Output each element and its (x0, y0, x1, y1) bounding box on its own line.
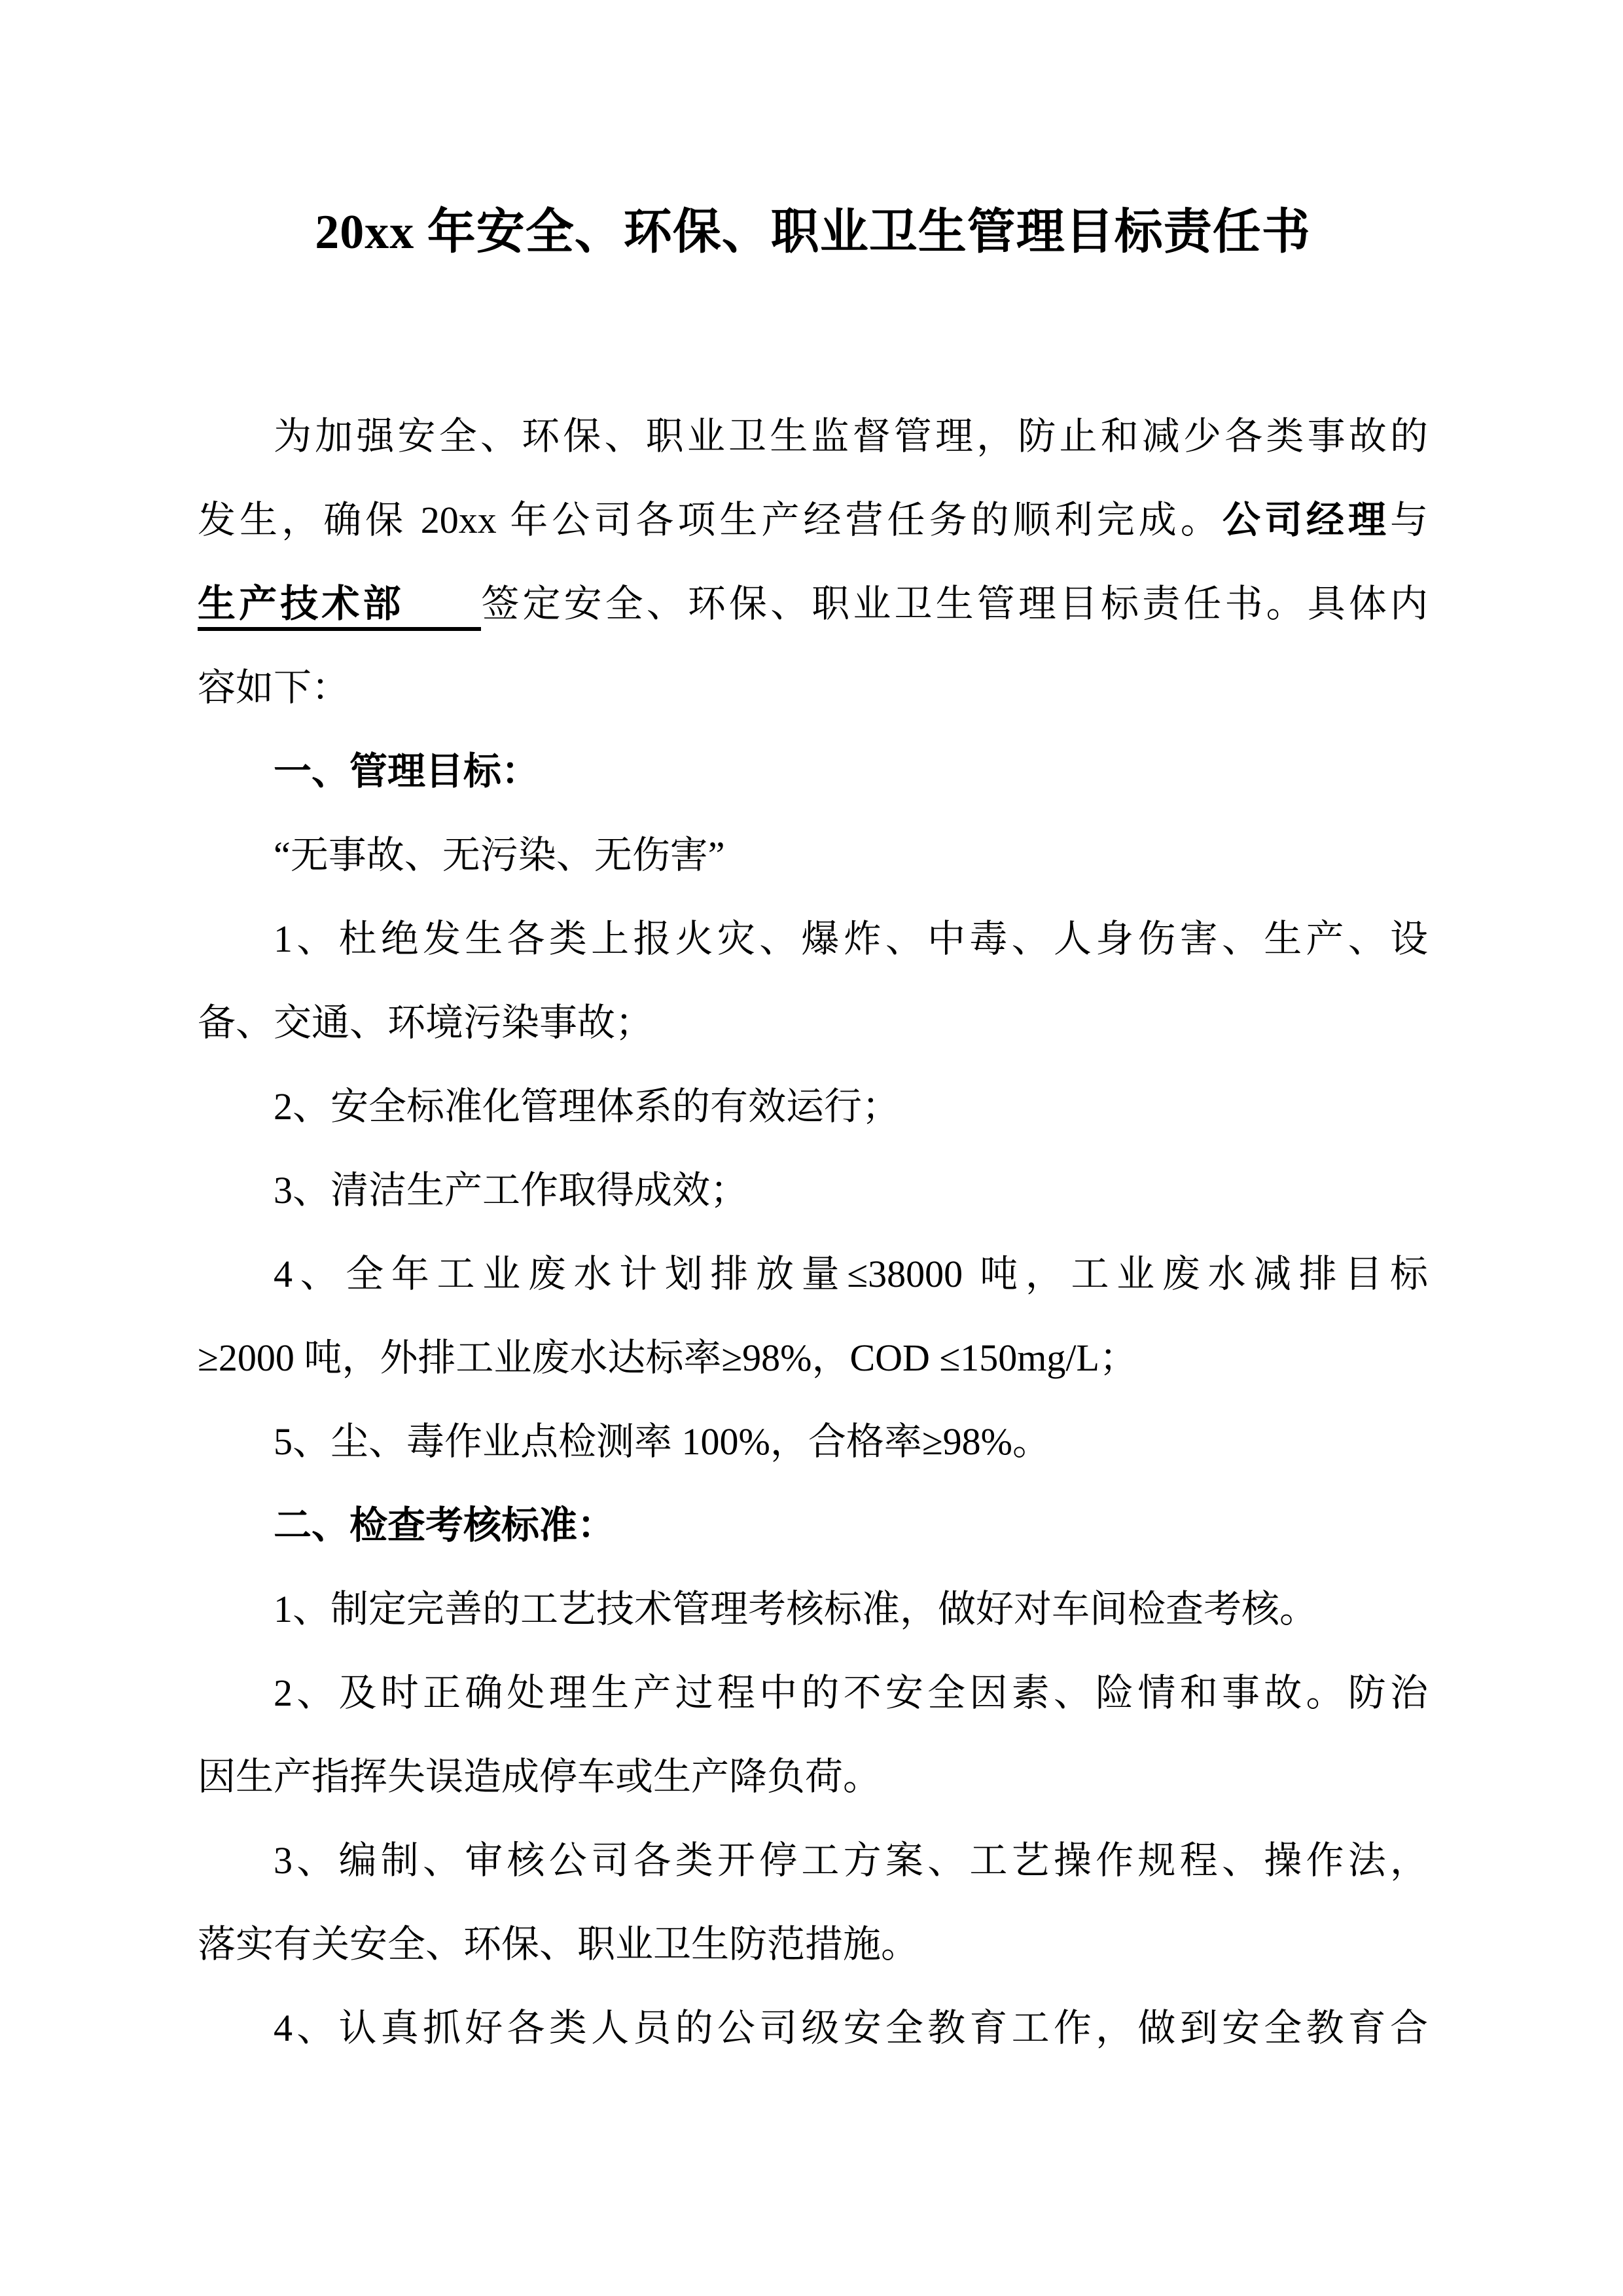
item-2-3-line-2: 落实有关安全、环保、职业卫生防范措施。 (198, 1903, 1428, 1986)
text-run: 因生产指挥失误造成停车或生产降负荷。 (198, 1755, 881, 1798)
text-run: 3、清洁生产工作取得成效； (274, 1169, 748, 1211)
text-run: 签定安全、环保、职业卫生管理目标责任书。具体内 (481, 583, 1428, 625)
para-intro-line-1: 为加强安全、环保、职业卫生监督管理，防止和减少各类事故的 (198, 395, 1428, 478)
text-run: 二、检查考核标准： (274, 1504, 615, 1547)
para-goal-quote: “无事故、无污染、无伤害” (198, 814, 1428, 897)
item-1-4-line-1: 4、全年工业废水计划排放量≤38000 吨，工业废水减排目标 (198, 1232, 1428, 1316)
heading-section-2: 二、检查考核标准： (198, 1484, 1428, 1568)
document-body: 为加强安全、环保、职业卫生监督管理，防止和减少各类事故的发生，确保 20xx 年… (198, 395, 1428, 2070)
text-run: 1、杜绝发生各类上报火灾、爆炸、中毒、人身伤害、生产、设 (274, 918, 1428, 960)
underlined-blank-run: 生产技术部 (198, 583, 481, 631)
item-2-2-line-2: 因生产指挥失误造成停车或生产降负荷。 (198, 1735, 1428, 1819)
item-1-1-line-2: 备、交通、环境污染事故； (198, 981, 1428, 1065)
text-run: 2、安全标准化管理体系的有效运行； (274, 1085, 900, 1128)
text-run: “无事故、无污染、无伤害” (274, 834, 725, 876)
item-1-1-line-1: 1、杜绝发生各类上报火灾、爆炸、中毒、人身伤害、生产、设 (198, 897, 1428, 981)
text-run: ≥2000 吨，外排工业废水达标率≥98%，COD ≤150mg/L； (198, 1336, 1137, 1379)
text-run: 公司经理 (1222, 499, 1390, 541)
text-run: 落实有关安全、环保、职业卫生防范措施。 (198, 1923, 919, 1965)
text-run: 容如下： (198, 666, 349, 709)
text-run: 4、认真抓好各类人员的公司级安全教育工作，做到安全教育合 (274, 2007, 1428, 2049)
item-1-5: 5、尘、毒作业点检测率 100%，合格率≥98%。 (198, 1400, 1428, 1484)
text-run: 与 (1390, 499, 1428, 541)
item-2-4: 4、认真抓好各类人员的公司级安全教育工作，做到安全教育合 (198, 1986, 1428, 2070)
item-1-3: 3、清洁生产工作取得成效； (198, 1149, 1428, 1232)
text-run: 备、交通、环境污染事故； (198, 1001, 653, 1044)
item-1-4-line-2: ≥2000 吨，外排工业废水达标率≥98%，COD ≤150mg/L； (198, 1316, 1428, 1400)
item-2-3-line-1: 3、编制、审核公司各类开停工方案、工艺操作规程、操作法， (198, 1819, 1428, 1903)
para-intro-line-3: 生产技术部 签定安全、环保、职业卫生管理目标责任书。具体内 (198, 562, 1428, 646)
text-run: 5、尘、毒作业点检测率 100%，合格率≥98%。 (274, 1420, 1050, 1463)
document-title: 20xx 年安全、环保、职业卫生管理目标责任书 (198, 196, 1428, 268)
heading-section-1: 一、管理目标： (198, 730, 1428, 814)
item-2-2-line-1: 2、及时正确处理生产过程中的不安全因素、险情和事故。防治 (198, 1651, 1428, 1735)
text-run: 发生，确保 20xx 年公司各项生产经营任务的顺利完成。 (198, 499, 1222, 541)
text-run: 3、编制、审核公司各类开停工方案、工艺操作规程、操作法， (274, 1839, 1428, 1882)
text-run: 4、全年工业废水计划排放量≤38000 吨，工业废水减排目标 (274, 1253, 1428, 1295)
text-run: 1、制定完善的工艺技术管理考核标准，做好对车间检查考核。 (274, 1588, 1317, 1630)
item-1-2: 2、安全标准化管理体系的有效运行； (198, 1065, 1428, 1149)
text-run: 2、及时正确处理生产过程中的不安全因素、险情和事故。防治 (274, 1672, 1428, 1714)
text-run: 为加强安全、环保、职业卫生监督管理，防止和减少各类事故的 (274, 415, 1428, 457)
document-page: 20xx 年安全、环保、职业卫生管理目标责任书 为加强安全、环保、职业卫生监督管… (0, 0, 1623, 2296)
document: 20xx 年安全、环保、职业卫生管理目标责任书 为加强安全、环保、职业卫生监督管… (198, 196, 1428, 2070)
text-run: 一、管理目标： (274, 750, 539, 793)
item-2-1: 1、制定完善的工艺技术管理考核标准，做好对车间检查考核。 (198, 1568, 1428, 1651)
para-intro-line-2: 发生，确保 20xx 年公司各项生产经营任务的顺利完成。公司经理与 (198, 478, 1428, 562)
para-intro-line-4: 容如下： (198, 646, 1428, 730)
